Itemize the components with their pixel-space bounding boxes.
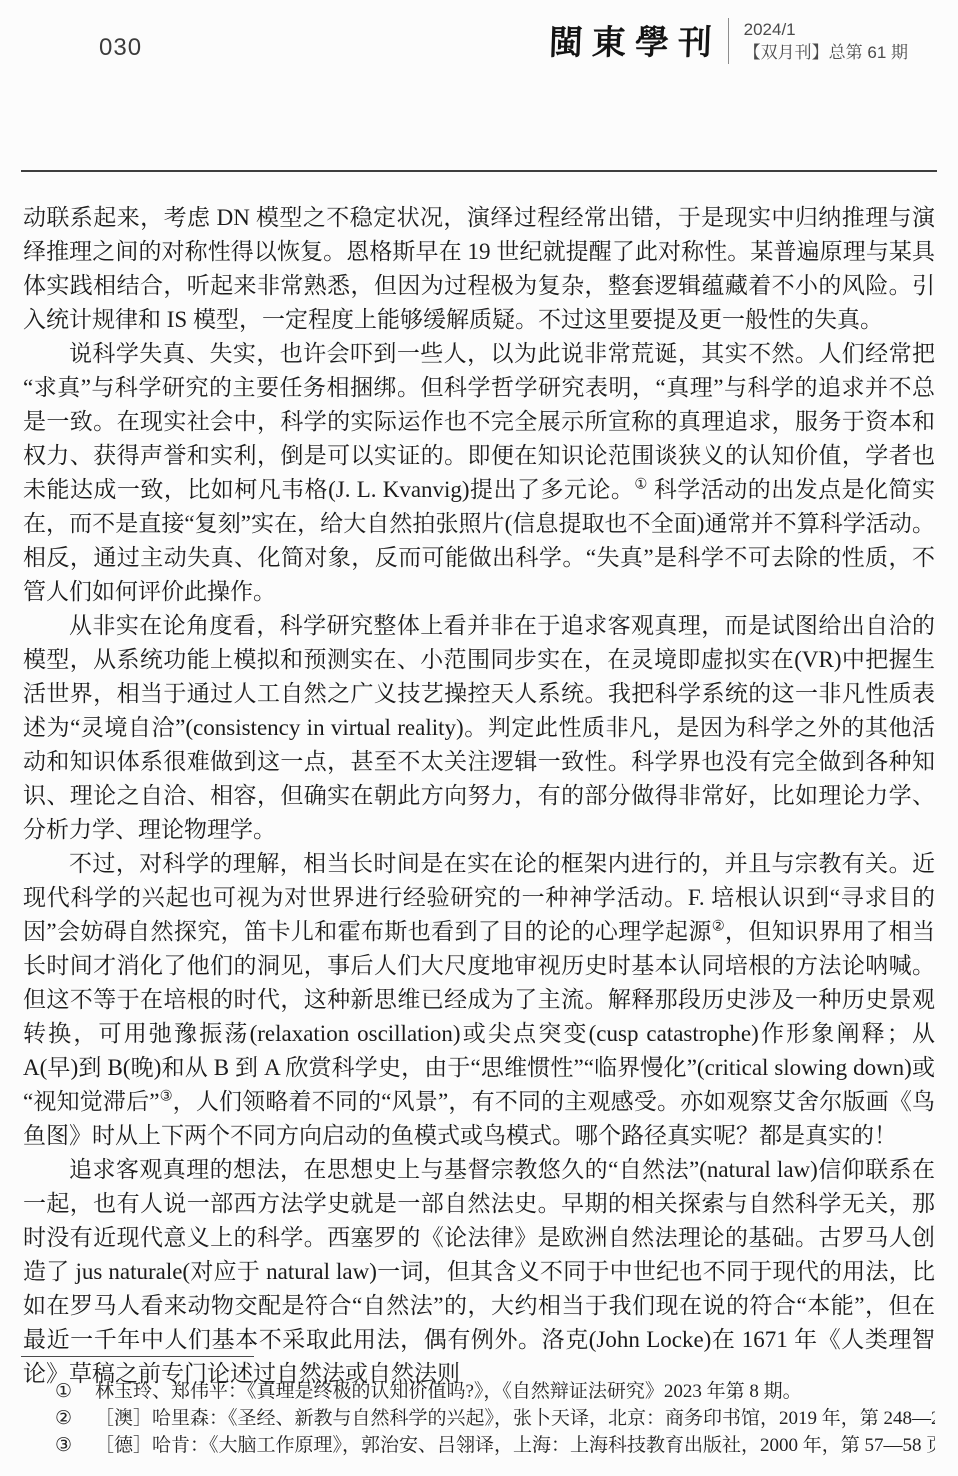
footnote-marker: ① xyxy=(55,1378,95,1405)
article-body: 动联系起来，考虑 DN 模型之不稳定状况，演绎过程经常出错，于是现实中归纳推理与… xyxy=(23,201,935,1391)
issue-number-line: 【双月刊】总第 61 期 xyxy=(744,41,908,64)
footnote-rule xyxy=(21,1356,254,1357)
page-number: 030 xyxy=(99,34,142,62)
masthead-divider xyxy=(728,18,729,64)
footnote-ref: ① xyxy=(634,476,647,492)
footnote-ref: ② xyxy=(712,918,725,934)
footnote: ②［澳］哈里森：《圣经、新教与自然科学的兴起》，张卜天译，北京：商务印书馆，20… xyxy=(23,1405,935,1432)
paragraph: 从非实在论角度看，科学研究整体上看并非在于追求客观真理，而是试图给出自洽的模型，… xyxy=(23,609,935,847)
issue-info: 2024/1 【双月刊】总第 61 期 xyxy=(744,18,908,64)
footnote-ref: ③ xyxy=(160,1088,173,1104)
journal-masthead: 閩東學刊 2024/1 【双月刊】总第 61 期 xyxy=(549,18,908,64)
journal-title: 閩東學刊 xyxy=(548,22,721,60)
footnote-marker: ③ xyxy=(55,1432,95,1459)
footnote-list: ①林玉玲、郑伟平：《真理是终极的认知价值吗?》，《自然辩证法研究》2023 年第… xyxy=(23,1378,935,1459)
paragraph: 不过，对科学的理解，相当长时间是在实在论的框架内进行的，并且与宗教有关。近现代科… xyxy=(23,847,935,1153)
paragraph: 说科学失真、失实，也许会吓到一些人，以为此说非常荒诞，其实不然。人们经常把“求真… xyxy=(23,337,935,609)
footnote-text: ［德］哈肯：《大脑工作原理》，郭治安、吕翎译，上海：上海科技教育出版社，2000… xyxy=(95,1432,935,1459)
header-rule xyxy=(21,170,937,172)
footnote-text: 林玉玲、郑伟平：《真理是终极的认知价值吗?》，《自然辩证法研究》2023 年第 … xyxy=(95,1378,935,1405)
footnote-marker: ② xyxy=(55,1405,95,1432)
footnote-text: ［澳］哈里森：《圣经、新教与自然科学的兴起》，张卜天译，北京：商务印书馆，201… xyxy=(95,1405,935,1432)
paragraph: 动联系起来，考虑 DN 模型之不稳定状况，演绎过程经常出错，于是现实中归纳推理与… xyxy=(23,201,935,337)
journal-page: 030 閩東學刊 2024/1 【双月刊】总第 61 期 动联系起来，考虑 DN… xyxy=(0,0,958,1476)
issue-year-line: 2024/1 xyxy=(744,18,908,41)
footnote: ③［德］哈肯：《大脑工作原理》，郭治安、吕翎译，上海：上海科技教育出版社，200… xyxy=(23,1432,935,1459)
footnote: ①林玉玲、郑伟平：《真理是终极的认知价值吗?》，《自然辩证法研究》2023 年第… xyxy=(23,1378,935,1405)
